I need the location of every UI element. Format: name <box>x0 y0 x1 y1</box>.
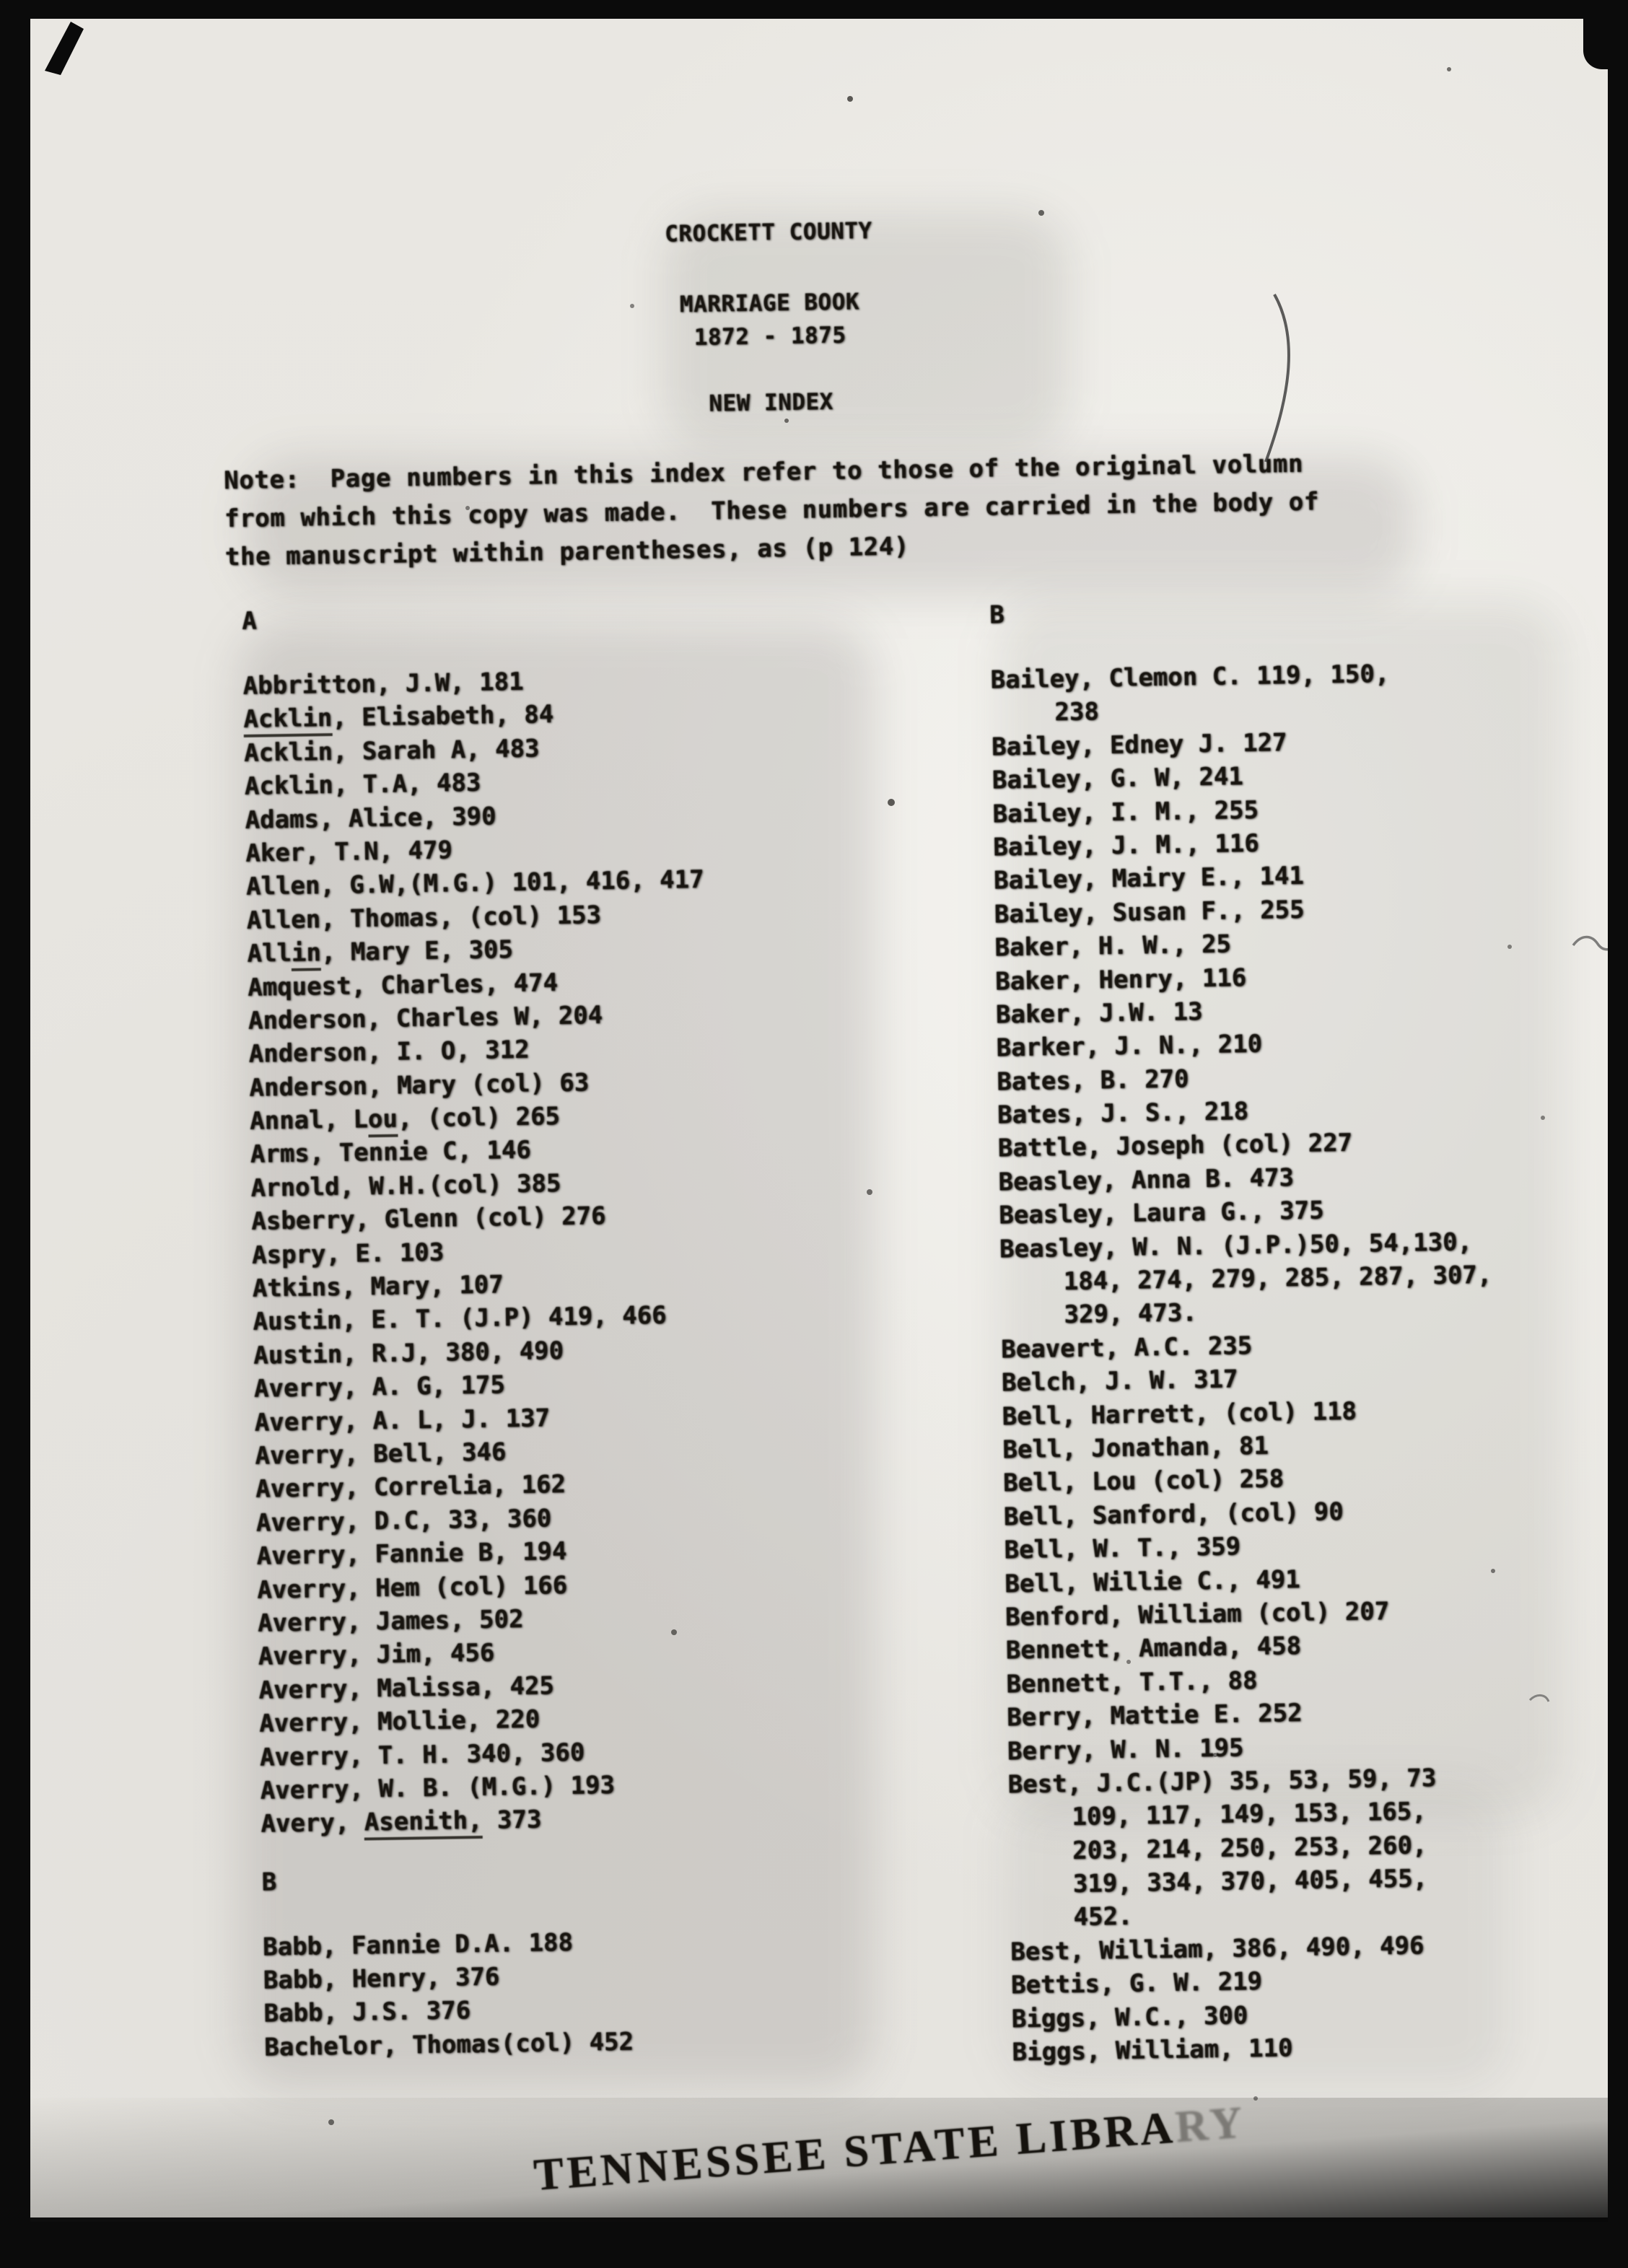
scan-border-top <box>0 0 1628 19</box>
scan-shadow <box>0 2098 1628 2228</box>
index-entry: Bachelor, Thomas(col) 452 <box>264 2024 722 2065</box>
scanned-document: { "header": { "county": "CROCKETT COUNTY… <box>0 0 1628 2268</box>
index-entry: Avery, Asenith, 373 <box>261 1800 719 1841</box>
note-paragraph: Note: Page numbers in this index refer t… <box>224 445 1320 577</box>
scan-border-left <box>0 0 30 2268</box>
index-section: AAbbritton, J.W, 181Acklin, Elisabeth, 8… <box>242 597 719 1841</box>
section-letter-header: A <box>242 597 700 638</box>
section-letter-header: B <box>989 591 1482 632</box>
index-column-left: AAbbritton, J.W, 181Acklin, Elisabeth, 8… <box>242 597 722 2065</box>
scan-border-right <box>1608 0 1628 2268</box>
underlined-text: in <box>292 938 322 971</box>
index-section: BBabb, Fannie D.A. 188Babb, Henry, 376Ba… <box>261 1858 722 2064</box>
section-letter-header: B <box>261 1858 719 1899</box>
index-column-right: BBailey, Clemon C. 119, 150,238Bailey, E… <box>989 591 1505 2070</box>
page-title: CROCKETT COUNTY <box>0 208 1541 258</box>
index-entry: Biggs, William, 110 <box>1012 2028 1504 2070</box>
scan-border-bottom <box>0 2222 1628 2268</box>
underlined-text: ou <box>368 1105 398 1138</box>
page-content: CROCKETT COUNTY MARRIAGE BOOK 1872 - 187… <box>0 0 1628 2268</box>
index-section: BBailey, Clemon C. 119, 150,238Bailey, E… <box>989 591 1505 2070</box>
index-heading: NEW INDEX <box>0 378 1544 429</box>
scan-border-corner <box>1583 0 1628 69</box>
underlined-text: Asenith, <box>364 1806 482 1841</box>
underlined-text: Acklin <box>243 704 333 737</box>
